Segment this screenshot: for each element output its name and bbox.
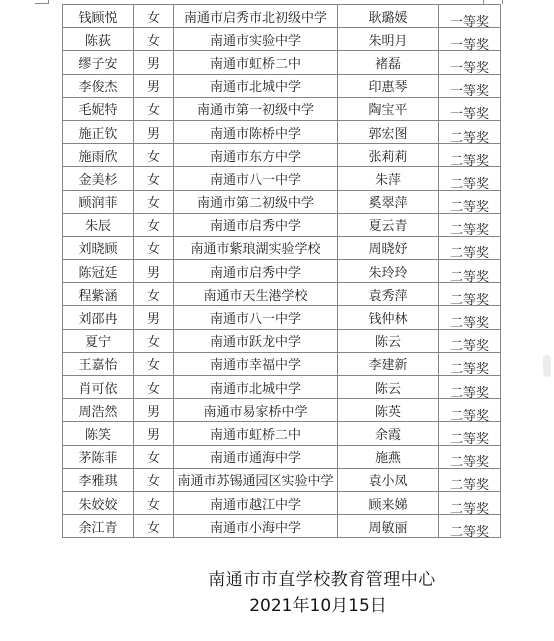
award-cell: 二等奖: [439, 167, 501, 190]
award-cell: 二等奖: [439, 283, 501, 306]
teacher-name-cell: 耿璐媛: [338, 5, 439, 28]
student-name-cell: 陈笑: [63, 422, 134, 445]
student-name-cell: 王嘉怡: [63, 352, 134, 375]
award-label: 二等奖: [450, 150, 489, 167]
award-cell: 二等奖: [439, 213, 501, 236]
table-row: 缪子安男南通市虹桥二中褚磊一等奖: [63, 51, 501, 74]
student-name-cell: 茅陈菲: [63, 445, 134, 468]
table-row: 陈笑男南通市虹桥二中余霞二等奖: [63, 422, 501, 445]
school-cell: 南通市八一中学: [174, 306, 338, 329]
gender-cell: 女: [134, 468, 174, 491]
table-row: 夏宁女南通市跃龙中学陈云二等奖: [63, 329, 501, 352]
gender-cell: 女: [134, 144, 174, 167]
student-name-cell: 程紫涵: [63, 283, 134, 306]
student-name-cell: 陈荻: [63, 28, 134, 51]
school-cell: 南通市第一初级中学: [174, 97, 338, 120]
teacher-name-cell: 袁小凤: [338, 468, 439, 491]
award-cell: 二等奖: [439, 236, 501, 259]
award-label: 二等奖: [450, 405, 489, 422]
teacher-name-cell: 朱明月: [338, 28, 439, 51]
gender-cell: 女: [134, 329, 174, 352]
award-cell: 二等奖: [439, 352, 501, 375]
table-row: 钱顾悦女南通市启秀市北初级中学耿璐媛一等奖: [63, 5, 501, 28]
school-cell: 南通市通海中学: [174, 445, 338, 468]
table-row: 施正钦男南通市陈桥中学郭宏图二等奖: [63, 120, 501, 143]
table-row: 毛妮特女南通市第一初级中学陶宝平一等奖: [63, 97, 501, 120]
school-cell: 南通市第二初级中学: [174, 190, 338, 213]
award-label: 二等奖: [450, 474, 489, 491]
student-name-cell: 夏宁: [63, 329, 134, 352]
award-cell: 一等奖: [439, 74, 501, 97]
scrollbar-thumb[interactable]: [543, 355, 551, 377]
gender-cell: 女: [134, 491, 174, 514]
student-name-cell: 李雅琪: [63, 468, 134, 491]
student-name-cell: 缪子安: [63, 51, 134, 74]
teacher-name-cell: 陈云: [338, 329, 439, 352]
teacher-name-cell: 陈云: [338, 376, 439, 399]
school-cell: 南通市虹桥二中: [174, 422, 338, 445]
student-name-cell: 刘邵冉: [63, 306, 134, 329]
table-row: 刘邵冉男南通市八一中学钱仲林二等奖: [63, 306, 501, 329]
award-label: 二等奖: [450, 521, 489, 538]
table-row: 朱辰女南通市启秀中学夏云青二等奖: [63, 213, 501, 236]
student-name-cell: 肖可依: [63, 376, 134, 399]
award-label: 二等奖: [450, 451, 489, 468]
award-cell: 二等奖: [439, 399, 501, 422]
teacher-name-cell: 周晓妤: [338, 236, 439, 259]
teacher-name-cell: 陶宝平: [338, 97, 439, 120]
award-list-table: 钱顾悦女南通市启秀市北初级中学耿璐媛一等奖陈荻女南通市实验中学朱明月一等奖缪子安…: [62, 4, 501, 538]
teacher-name-cell: 钱仲林: [338, 306, 439, 329]
award-cell: 二等奖: [439, 376, 501, 399]
award-cell: 二等奖: [439, 422, 501, 445]
teacher-name-cell: 朱玲玲: [338, 260, 439, 283]
teacher-name-cell: 袁秀萍: [338, 283, 439, 306]
award-cell: 一等奖: [439, 51, 501, 74]
table-row: 程紫涵女南通市天生港学校袁秀萍二等奖: [63, 283, 501, 306]
table-row: 茅陈菲女南通市通海中学施燕二等奖: [63, 445, 501, 468]
award-label: 一等奖: [450, 103, 489, 120]
award-label: 二等奖: [450, 196, 489, 213]
school-cell: 南通市启秀市北初级中学: [174, 5, 338, 28]
student-name-cell: 李俊杰: [63, 74, 134, 97]
award-label: 二等奖: [450, 498, 489, 515]
gender-cell: 女: [134, 515, 174, 538]
award-label: 二等奖: [450, 428, 489, 445]
school-cell: 南通市苏锡通园区实验中学: [174, 468, 338, 491]
award-cell: 二等奖: [439, 445, 501, 468]
school-cell: 南通市启秀中学: [174, 213, 338, 236]
teacher-name-cell: 陈英: [338, 399, 439, 422]
student-name-cell: 余江青: [63, 515, 134, 538]
document-page: 钱顾悦女南通市启秀市北初级中学耿璐媛一等奖陈荻女南通市实验中学朱明月一等奖缪子安…: [0, 0, 554, 641]
teacher-name-cell: 印惠琴: [338, 74, 439, 97]
student-name-cell: 顾润菲: [63, 190, 134, 213]
award-label: 二等奖: [450, 127, 489, 144]
award-label: 二等奖: [450, 312, 489, 329]
gender-cell: 女: [134, 28, 174, 51]
gender-cell: 男: [134, 422, 174, 445]
award-label: 一等奖: [450, 80, 489, 97]
award-cell: 二等奖: [439, 144, 501, 167]
school-cell: 南通市启秀中学: [174, 260, 338, 283]
teacher-name-cell: 顾来娣: [338, 491, 439, 514]
table-row: 李雅琪女南通市苏锡通园区实验中学袁小凤二等奖: [63, 468, 501, 491]
student-name-cell: 朱辰: [63, 213, 134, 236]
teacher-name-cell: 施燕: [338, 445, 439, 468]
award-cell: 二等奖: [439, 468, 501, 491]
school-cell: 南通市紫琅湖实验学校: [174, 236, 338, 259]
gender-cell: 男: [134, 120, 174, 143]
table-row: 李俊杰男南通市北城中学印惠琴一等奖: [63, 74, 501, 97]
student-name-cell: 金美杉: [63, 167, 134, 190]
gender-cell: 男: [134, 51, 174, 74]
teacher-name-cell: 张莉莉: [338, 144, 439, 167]
teacher-name-cell: 奚翠萍: [338, 190, 439, 213]
cropped-row-artifact-left: [35, 0, 49, 4]
school-cell: 南通市天生港学校: [174, 283, 338, 306]
award-label: 二等奖: [450, 335, 489, 352]
school-cell: 南通市八一中学: [174, 167, 338, 190]
teacher-name-cell: 夏云青: [338, 213, 439, 236]
issue-date: 2021年10月15日: [249, 591, 387, 616]
award-label: 二等奖: [450, 358, 489, 375]
issuer-organization: 南通市市直学校教育管理中心: [208, 565, 436, 590]
teacher-name-cell: 朱萍: [338, 167, 439, 190]
school-cell: 南通市北城中学: [174, 74, 338, 97]
gender-cell: 男: [134, 399, 174, 422]
award-cell: 一等奖: [439, 5, 501, 28]
table-row: 肖可依女南通市北城中学陈云二等奖: [63, 376, 501, 399]
award-cell: 二等奖: [439, 190, 501, 213]
student-name-cell: 陈冠廷: [63, 260, 134, 283]
award-label: 二等奖: [450, 266, 489, 283]
award-cell: 一等奖: [439, 97, 501, 120]
award-label: 二等奖: [450, 289, 489, 306]
award-label: 二等奖: [450, 173, 489, 190]
gender-cell: 女: [134, 283, 174, 306]
gender-cell: 男: [134, 306, 174, 329]
table-row: 周浩然男南通市易家桥中学陈英二等奖: [63, 399, 501, 422]
school-cell: 南通市易家桥中学: [174, 399, 338, 422]
teacher-name-cell: 余霞: [338, 422, 439, 445]
gender-cell: 女: [134, 167, 174, 190]
gender-cell: 男: [134, 260, 174, 283]
student-name-cell: 刘晓顾: [63, 236, 134, 259]
school-cell: 南通市幸福中学: [174, 352, 338, 375]
student-name-cell: 施正钦: [63, 120, 134, 143]
student-name-cell: 钱顾悦: [63, 5, 134, 28]
student-name-cell: 毛妮特: [63, 97, 134, 120]
gender-cell: 女: [134, 213, 174, 236]
award-label: 一等奖: [450, 11, 489, 28]
award-label: 一等奖: [450, 57, 489, 74]
teacher-name-cell: 郭宏图: [338, 120, 439, 143]
student-name-cell: 周浩然: [63, 399, 134, 422]
table-row: 王嘉怡女南通市幸福中学李建新二等奖: [63, 352, 501, 375]
teacher-name-cell: 褚磊: [338, 51, 439, 74]
table-row: 顾润菲女南通市第二初级中学奚翠萍二等奖: [63, 190, 501, 213]
teacher-name-cell: 周敏丽: [338, 515, 439, 538]
gender-cell: 女: [134, 190, 174, 213]
award-cell: 一等奖: [439, 28, 501, 51]
school-cell: 南通市越江中学: [174, 491, 338, 514]
gender-cell: 男: [134, 74, 174, 97]
table-row: 陈冠廷男南通市启秀中学朱玲玲二等奖: [63, 260, 501, 283]
award-label: 二等奖: [450, 242, 489, 259]
gender-cell: 女: [134, 236, 174, 259]
table-row: 施雨欣女南通市东方中学张莉莉二等奖: [63, 144, 501, 167]
award-cell: 二等奖: [439, 491, 501, 514]
school-cell: 南通市陈桥中学: [174, 120, 338, 143]
award-cell: 二等奖: [439, 306, 501, 329]
table-row: 朱姣姣女南通市越江中学顾来娣二等奖: [63, 491, 501, 514]
table-row: 金美杉女南通市八一中学朱萍二等奖: [63, 167, 501, 190]
table-row: 余江青女南通市小海中学周敏丽二等奖: [63, 515, 501, 538]
student-name-cell: 朱姣姣: [63, 491, 134, 514]
award-table-body: 钱顾悦女南通市启秀市北初级中学耿璐媛一等奖陈荻女南通市实验中学朱明月一等奖缪子安…: [63, 5, 501, 538]
award-cell: 二等奖: [439, 260, 501, 283]
award-cell: 二等奖: [439, 120, 501, 143]
school-cell: 南通市实验中学: [174, 28, 338, 51]
gender-cell: 女: [134, 352, 174, 375]
award-cell: 二等奖: [439, 515, 501, 538]
table-row: 陈荻女南通市实验中学朱明月一等奖: [63, 28, 501, 51]
award-label: 二等奖: [450, 382, 489, 399]
award-cell: 二等奖: [439, 329, 501, 352]
award-label: 二等奖: [450, 219, 489, 236]
school-cell: 南通市东方中学: [174, 144, 338, 167]
gender-cell: 女: [134, 5, 174, 28]
award-label: 一等奖: [450, 34, 489, 51]
school-cell: 南通市北城中学: [174, 376, 338, 399]
gender-cell: 女: [134, 97, 174, 120]
school-cell: 南通市小海中学: [174, 515, 338, 538]
gender-cell: 女: [134, 376, 174, 399]
table-row: 刘晓顾女南通市紫琅湖实验学校周晓妤二等奖: [63, 236, 501, 259]
school-cell: 南通市虹桥二中: [174, 51, 338, 74]
school-cell: 南通市跃龙中学: [174, 329, 338, 352]
gender-cell: 女: [134, 445, 174, 468]
student-name-cell: 施雨欣: [63, 144, 134, 167]
teacher-name-cell: 李建新: [338, 352, 439, 375]
